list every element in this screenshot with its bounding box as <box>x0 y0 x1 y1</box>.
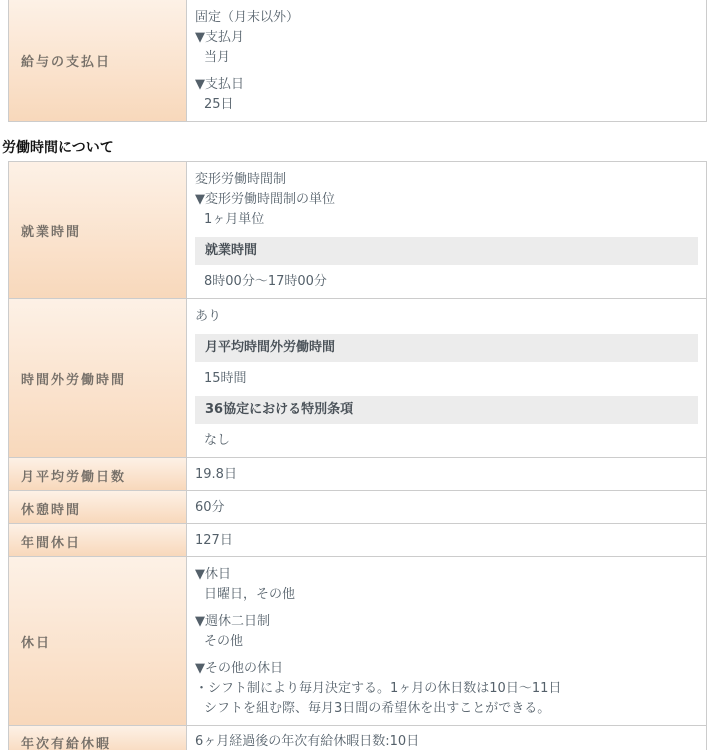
work-hours-unit-label: ▼変形労働時間制の単位 <box>195 190 698 210</box>
holidays-two-day-label: ▼週休二日制 <box>195 612 698 632</box>
holidays-other-note-line2: シフトを組む際、毎月3日間の希望休を出すことができる。 <box>195 699 698 719</box>
overtime-content: あり 月平均時間外労働時間 15時間 36協定における特別条項 なし <box>187 299 706 458</box>
annual-holidays-value: 127日 <box>187 524 706 557</box>
overtime-special-subheader: 36協定における特別条項 <box>195 396 698 424</box>
row-label-paid-leave: 年次有給休暇 <box>9 726 187 750</box>
section-heading-working-hours: 労働時間について <box>2 137 715 157</box>
payday-day-value: 25日 <box>195 95 698 115</box>
avg-days-value: 19.8日 <box>187 458 706 491</box>
table-row-avg-days: 月平均労働日数 19.8日 <box>9 458 706 491</box>
table-row-paid-leave: 年次有給休暇 6ヶ月経過後の年次有給休暇日数:10日 <box>9 726 706 750</box>
payday-month-value: 当月 <box>195 48 698 68</box>
salary-payday-table: 給与の支払日 固定（月末以外） ▼支払月 当月 ▼支払日 25日 <box>8 0 707 122</box>
table-row-holidays: 休日 ▼休日 日曜日，その他 ▼週休二日制 その他 ▼その他の休日 ・シフト制に… <box>9 557 706 726</box>
row-label-work-hours: 就業時間 <box>9 162 187 299</box>
paid-leave-text: 6ヶ月経過後の年次有給休暇日数:10日 <box>195 732 698 750</box>
holidays-other-note-line1: ・シフト制により毎月決定する。1ヶ月の休日数は10日～11日 <box>195 679 698 699</box>
row-label-overtime: 時間外労働時間 <box>9 299 187 458</box>
work-hours-unit-value: 1ヶ月単位 <box>195 210 698 230</box>
overtime-exists: あり <box>195 307 698 327</box>
holidays-content: ▼休日 日曜日，その他 ▼週休二日制 その他 ▼その他の休日 ・シフト制により毎… <box>187 557 706 726</box>
row-label-break-time: 休憩時間 <box>9 491 187 524</box>
working-hours-table: 就業時間 変形労働時間制 ▼変形労働時間制の単位 1ヶ月単位 就業時間 8時00… <box>8 161 707 750</box>
payday-month-label: ▼支払月 <box>195 28 698 48</box>
paid-leave-value: 6ヶ月経過後の年次有給休暇日数:10日 <box>187 726 706 750</box>
table-row-overtime: 時間外労働時間 あり 月平均時間外労働時間 15時間 36協定における特別条項 … <box>9 299 706 458</box>
avg-days-text: 19.8日 <box>195 465 698 485</box>
work-hours-time-range: 8時00分～17時00分 <box>195 272 698 292</box>
holidays-holiday-label: ▼休日 <box>195 565 698 585</box>
payday-content: 固定（月末以外） ▼支払月 当月 ▼支払日 25日 <box>187 0 706 121</box>
holidays-other-label: ▼その他の休日 <box>195 659 698 679</box>
overtime-special-value: なし <box>195 431 698 451</box>
annual-holidays-text: 127日 <box>195 531 698 551</box>
table-row-payday: 給与の支払日 固定（月末以外） ▼支払月 当月 ▼支払日 25日 <box>9 0 706 121</box>
work-hours-subheader: 就業時間 <box>195 237 698 265</box>
payday-fixed-text: 固定（月末以外） <box>195 8 698 28</box>
holidays-two-day-value: その他 <box>195 632 698 652</box>
work-hours-system: 変形労働時間制 <box>195 170 698 190</box>
table-row-work-hours: 就業時間 変形労働時間制 ▼変形労働時間制の単位 1ヶ月単位 就業時間 8時00… <box>9 162 706 299</box>
row-label-avg-days: 月平均労働日数 <box>9 458 187 491</box>
payday-day-label: ▼支払日 <box>195 75 698 95</box>
table-row-break-time: 休憩時間 60分 <box>9 491 706 524</box>
break-time-text: 60分 <box>195 498 698 518</box>
row-label-annual-holidays: 年間休日 <box>9 524 187 557</box>
overtime-avg-subheader: 月平均時間外労働時間 <box>195 334 698 362</box>
break-time-value: 60分 <box>187 491 706 524</box>
overtime-avg-value: 15時間 <box>195 369 698 389</box>
table-row-annual-holidays: 年間休日 127日 <box>9 524 706 557</box>
work-hours-content: 変形労働時間制 ▼変形労働時間制の単位 1ヶ月単位 就業時間 8時00分～17時… <box>187 162 706 299</box>
row-label-payday: 給与の支払日 <box>9 0 187 121</box>
job-conditions-page: 給与の支払日 固定（月末以外） ▼支払月 当月 ▼支払日 25日 労働時間につい… <box>0 0 715 750</box>
row-label-holidays: 休日 <box>9 557 187 726</box>
holidays-holiday-value: 日曜日，その他 <box>195 585 698 605</box>
